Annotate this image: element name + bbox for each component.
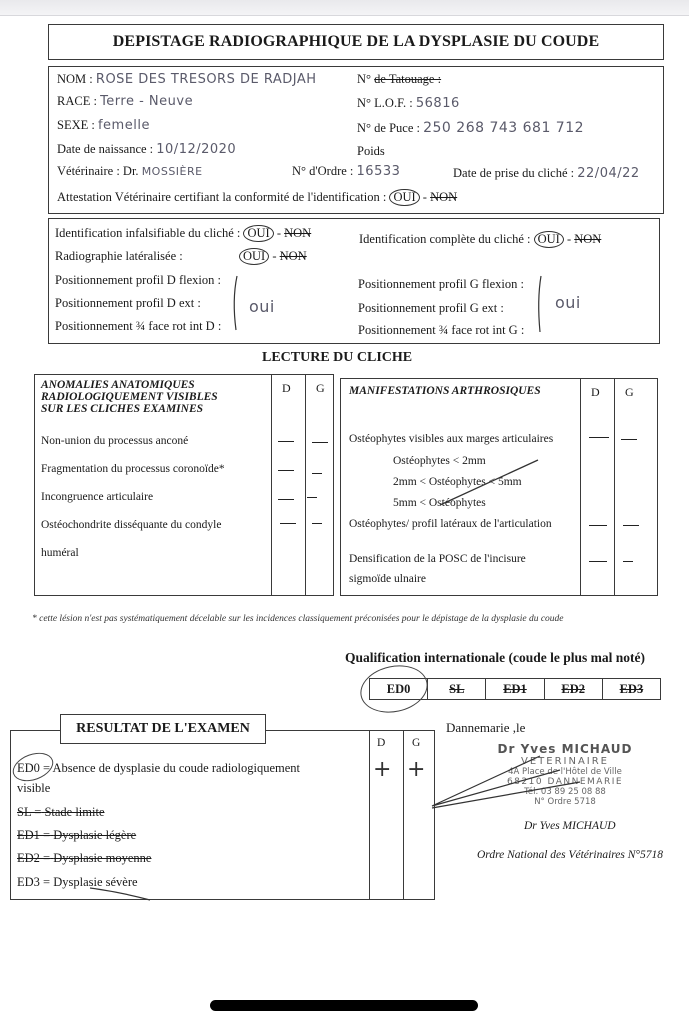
result-text: Stade limite bbox=[44, 805, 104, 819]
nom-field: NOM : ROSE DES TRESORS DE RADJAH bbox=[57, 72, 317, 87]
header-line: ANOMALIES ANATOMIQUES bbox=[41, 379, 218, 391]
col-d-header: D bbox=[591, 385, 600, 400]
viewer-top-bar bbox=[0, 0, 689, 16]
sexe-label: SEXE : bbox=[57, 118, 95, 132]
col-g-header: G bbox=[625, 385, 634, 400]
complete-non-struck: NON bbox=[574, 232, 601, 246]
lateralisee-field: Radiographie latéralisée : OUI - NON bbox=[55, 248, 307, 265]
anomaly-row: Incongruence articulaire bbox=[41, 491, 153, 503]
stamp-tel: Tél. 03 89 25 08 88 bbox=[480, 787, 650, 797]
arthrose-row: sigmoïde ulnaire bbox=[349, 573, 426, 585]
race-label: RACE : bbox=[57, 94, 97, 108]
arthrose-row: 5mm < Ostéophytes bbox=[393, 497, 486, 509]
column-divider bbox=[403, 731, 404, 899]
infalsifiable-non-struck: NON bbox=[284, 226, 311, 240]
result-line-ed0: ED0 = Absence de dysplasie du coude radi… bbox=[17, 761, 300, 776]
col-d-header: D bbox=[282, 381, 291, 396]
positionnement-section: Identification infalsifiable du cliché :… bbox=[48, 218, 660, 344]
lateralisee-label: Radiographie latéralisée : bbox=[55, 249, 183, 263]
pos-g-ext: Positionnement profil G ext : bbox=[358, 301, 504, 316]
attestation-field: Attestation Vétérinaire certifiant la co… bbox=[57, 189, 457, 206]
anomaly-row: Non-union du processus anconé bbox=[41, 435, 188, 447]
naissance-label: Date de naissance : bbox=[57, 142, 153, 156]
column-divider bbox=[614, 379, 615, 595]
nom-label: NOM : bbox=[57, 72, 93, 86]
result-line-sl: SL = Stade limite bbox=[17, 805, 105, 820]
grade-ed1-struck: ED1 bbox=[485, 679, 543, 699]
stamp-ordre: N° Ordre 5718 bbox=[480, 797, 650, 807]
result-code: ED2 = bbox=[17, 851, 50, 865]
footnote: * cette lésion n'est pas systématiquemen… bbox=[32, 614, 564, 624]
race-value: Terre - Neuve bbox=[100, 94, 193, 109]
dash-mark bbox=[621, 439, 637, 440]
dash-mark bbox=[623, 561, 633, 562]
result-text: Dysplasie sévère bbox=[53, 875, 137, 889]
puce-field: N° de Puce : 250 268 743 681 712 bbox=[357, 120, 584, 136]
date-cliche-value: 22/04/22 bbox=[577, 166, 639, 181]
tatouage-field: N° de Tatouage : bbox=[357, 72, 441, 87]
veterinaire-value: MOSSIÈRE bbox=[142, 165, 203, 178]
puce-value: 250 268 743 681 712 bbox=[423, 120, 584, 136]
arthrose-row: Ostéophytes visibles aux marges articula… bbox=[349, 433, 553, 445]
ordre-national: Ordre National des Vétérinaires N°5718 bbox=[477, 849, 663, 861]
col-g-header: G bbox=[316, 381, 325, 396]
date-cliche-field: Date de prise du cliché : 22/04/22 bbox=[453, 166, 640, 181]
arthrose-row: Ostéophytes < 2mm bbox=[393, 455, 486, 467]
result-text: Absence de dysplasie du coude radiologiq… bbox=[53, 761, 301, 775]
lof-label: N° L.O.F. : bbox=[357, 96, 413, 110]
dash-mark bbox=[589, 437, 609, 438]
dash-mark bbox=[307, 497, 317, 498]
pos-g-face: Positionnement ¾ face rot int G : bbox=[358, 323, 524, 338]
veterinary-stamp: Dr Yves MICHAUD VETERINAIRE 4A Place de … bbox=[480, 742, 650, 807]
lof-value: 56816 bbox=[416, 96, 460, 111]
resultat-title: RESULTAT DE L'EXAMEN bbox=[60, 714, 266, 744]
stamp-title: VETERINAIRE bbox=[480, 756, 650, 767]
ordre-field: N° d'Ordre : 16533 bbox=[292, 164, 400, 179]
anomalies-header: ANOMALIES ANATOMIQUES RADIOLOGIQUEMENT V… bbox=[41, 379, 218, 415]
res-col-g: G bbox=[412, 737, 420, 749]
result-code: ED3 = bbox=[17, 875, 50, 889]
home-indicator[interactable] bbox=[210, 1000, 478, 1011]
arthrose-row: Ostéophytes/ profil latéraux de l'articu… bbox=[349, 518, 552, 530]
dash-mark bbox=[312, 473, 322, 474]
poids-label: Poids bbox=[357, 144, 385, 159]
lateralisee-non-struck: NON bbox=[280, 249, 307, 263]
result-line-ed2: ED2 = Dysplasie moyenne bbox=[17, 851, 151, 866]
dash-mark bbox=[623, 525, 639, 526]
infalsifiable-field: Identification infalsifiable du cliché :… bbox=[55, 225, 311, 242]
anomaly-row: huméral bbox=[41, 547, 79, 559]
lateralisee-oui-circled: OUI bbox=[239, 248, 269, 265]
veterinaire-label: Vétérinaire : Dr. bbox=[57, 164, 139, 178]
tatouage-prefix: N° bbox=[357, 72, 371, 86]
g-answer: oui bbox=[555, 293, 581, 312]
stamp-address: 4A Place de l'Hôtel de Ville bbox=[480, 767, 650, 777]
attestation-oui-circled: OUI bbox=[389, 189, 419, 206]
date-cliche-label: Date de prise du cliché : bbox=[453, 166, 574, 180]
grade-ed2-struck: ED2 bbox=[544, 679, 602, 699]
attestation-non-struck: NON bbox=[430, 190, 457, 204]
pos-d-flexion: Positionnement profil D flexion : bbox=[55, 273, 221, 288]
infalsifiable-label: Identification infalsifiable du cliché : bbox=[55, 226, 240, 240]
ed0-circle-mark bbox=[356, 659, 432, 718]
d-answer: oui bbox=[249, 297, 275, 316]
res-g-value: + bbox=[407, 757, 426, 782]
arthrose-table: MANIFESTATIONS ARTHROSIQUES D G Ostéophy… bbox=[340, 378, 658, 596]
resultat-section: D G + + ED0 = Absence de dysplasie du co… bbox=[10, 730, 435, 900]
signature-place: Dannemarie ,le bbox=[446, 720, 525, 736]
result-text: Dysplasie légère bbox=[53, 828, 136, 842]
dash-mark bbox=[280, 523, 296, 524]
column-divider bbox=[369, 731, 370, 899]
anomaly-row: Fragmentation du processus coronoïde* bbox=[41, 463, 225, 475]
result-line-ed3: ED3 = Dysplasie sévère bbox=[17, 875, 138, 890]
separator: - bbox=[423, 190, 427, 204]
lof-field: N° L.O.F. : 56816 bbox=[357, 96, 460, 111]
result-code: ED1 = bbox=[17, 828, 50, 842]
separator: - bbox=[277, 226, 281, 240]
result-line-ed1: ED1 = Dysplasie légère bbox=[17, 828, 136, 843]
stamp-city: 68210 DANNEMARIE bbox=[480, 777, 650, 787]
res-col-d: D bbox=[377, 737, 385, 749]
result-line-visible: visible bbox=[17, 781, 50, 796]
dash-mark bbox=[312, 523, 322, 524]
signature-name: Dr Yves MICHAUD bbox=[524, 820, 616, 832]
pos-d-face: Positionnement ¾ face rot int D : bbox=[55, 319, 221, 334]
pos-g-flexion: Positionnement profil G flexion : bbox=[358, 277, 524, 292]
identification-section: NOM : ROSE DES TRESORS DE RADJAH RACE : … bbox=[48, 66, 664, 214]
nom-value: ROSE DES TRESORS DE RADJAH bbox=[96, 72, 317, 87]
result-text: Dysplasie moyenne bbox=[53, 851, 151, 865]
ordre-label: N° d'Ordre : bbox=[292, 164, 353, 178]
column-divider bbox=[305, 375, 306, 595]
naissance-value: 10/12/2020 bbox=[156, 142, 236, 157]
complete-oui-circled: OUI bbox=[534, 231, 564, 248]
tatouage-label: de Tatouage : bbox=[374, 72, 441, 86]
naissance-field: Date de naissance : 10/12/2020 bbox=[57, 142, 236, 157]
dash-mark bbox=[278, 499, 294, 500]
complete-field: Identification complète du cliché : OUI … bbox=[359, 231, 601, 248]
dash-mark bbox=[312, 442, 328, 443]
complete-label: Identification complète du cliché : bbox=[359, 232, 530, 246]
qualification-title: Qualification internationale (coude le p… bbox=[345, 650, 645, 666]
ordre-value: 16533 bbox=[357, 164, 401, 179]
dash-mark bbox=[589, 561, 607, 562]
dash-mark bbox=[278, 441, 294, 442]
sexe-field: SEXE : femelle bbox=[57, 118, 150, 133]
separator: - bbox=[567, 232, 571, 246]
sexe-value: femelle bbox=[98, 118, 150, 133]
dash-mark bbox=[589, 525, 607, 526]
grade-sl-struck: SL bbox=[427, 679, 485, 699]
column-divider bbox=[271, 375, 272, 595]
infalsifiable-oui-circled: OUI bbox=[243, 225, 273, 242]
puce-label: N° de Puce : bbox=[357, 121, 420, 135]
stamp-name: Dr Yves MICHAUD bbox=[480, 742, 650, 756]
grade-ed3-struck: ED3 bbox=[602, 679, 660, 699]
res-d-value: + bbox=[373, 757, 392, 782]
header-line: SUR LES CLICHES EXAMINES bbox=[41, 403, 218, 415]
result-code: SL = bbox=[17, 805, 41, 819]
arthrose-header: MANIFESTATIONS ARTHROSIQUES bbox=[349, 385, 541, 397]
lecture-title: LECTURE DU CLICHE bbox=[262, 350, 412, 366]
veterinaire-field: Vétérinaire : Dr. MOSSIÈRE bbox=[57, 164, 203, 179]
race-field: RACE : Terre - Neuve bbox=[57, 94, 193, 109]
column-divider bbox=[580, 379, 581, 595]
arthrose-row: Densification de la POSC de l'incisure bbox=[349, 553, 526, 565]
document-title: DEPISTAGE RADIOGRAPHIQUE DE LA DYSPLASIE… bbox=[48, 24, 664, 60]
anomalies-table: ANOMALIES ANATOMIQUES RADIOLOGIQUEMENT V… bbox=[34, 374, 334, 596]
dash-mark bbox=[278, 470, 294, 471]
anomaly-row: Ostéochondrite disséquante du condyle bbox=[41, 519, 221, 531]
pos-d-ext: Positionnement profil D ext : bbox=[55, 296, 201, 311]
separator: - bbox=[272, 249, 276, 263]
header-line: RADIOLOGIQUEMENT VISIBLES bbox=[41, 391, 218, 403]
arthrose-row: 2mm < Ostéophytes < 5mm bbox=[393, 476, 522, 488]
attestation-label: Attestation Vétérinaire certifiant la co… bbox=[57, 190, 386, 204]
